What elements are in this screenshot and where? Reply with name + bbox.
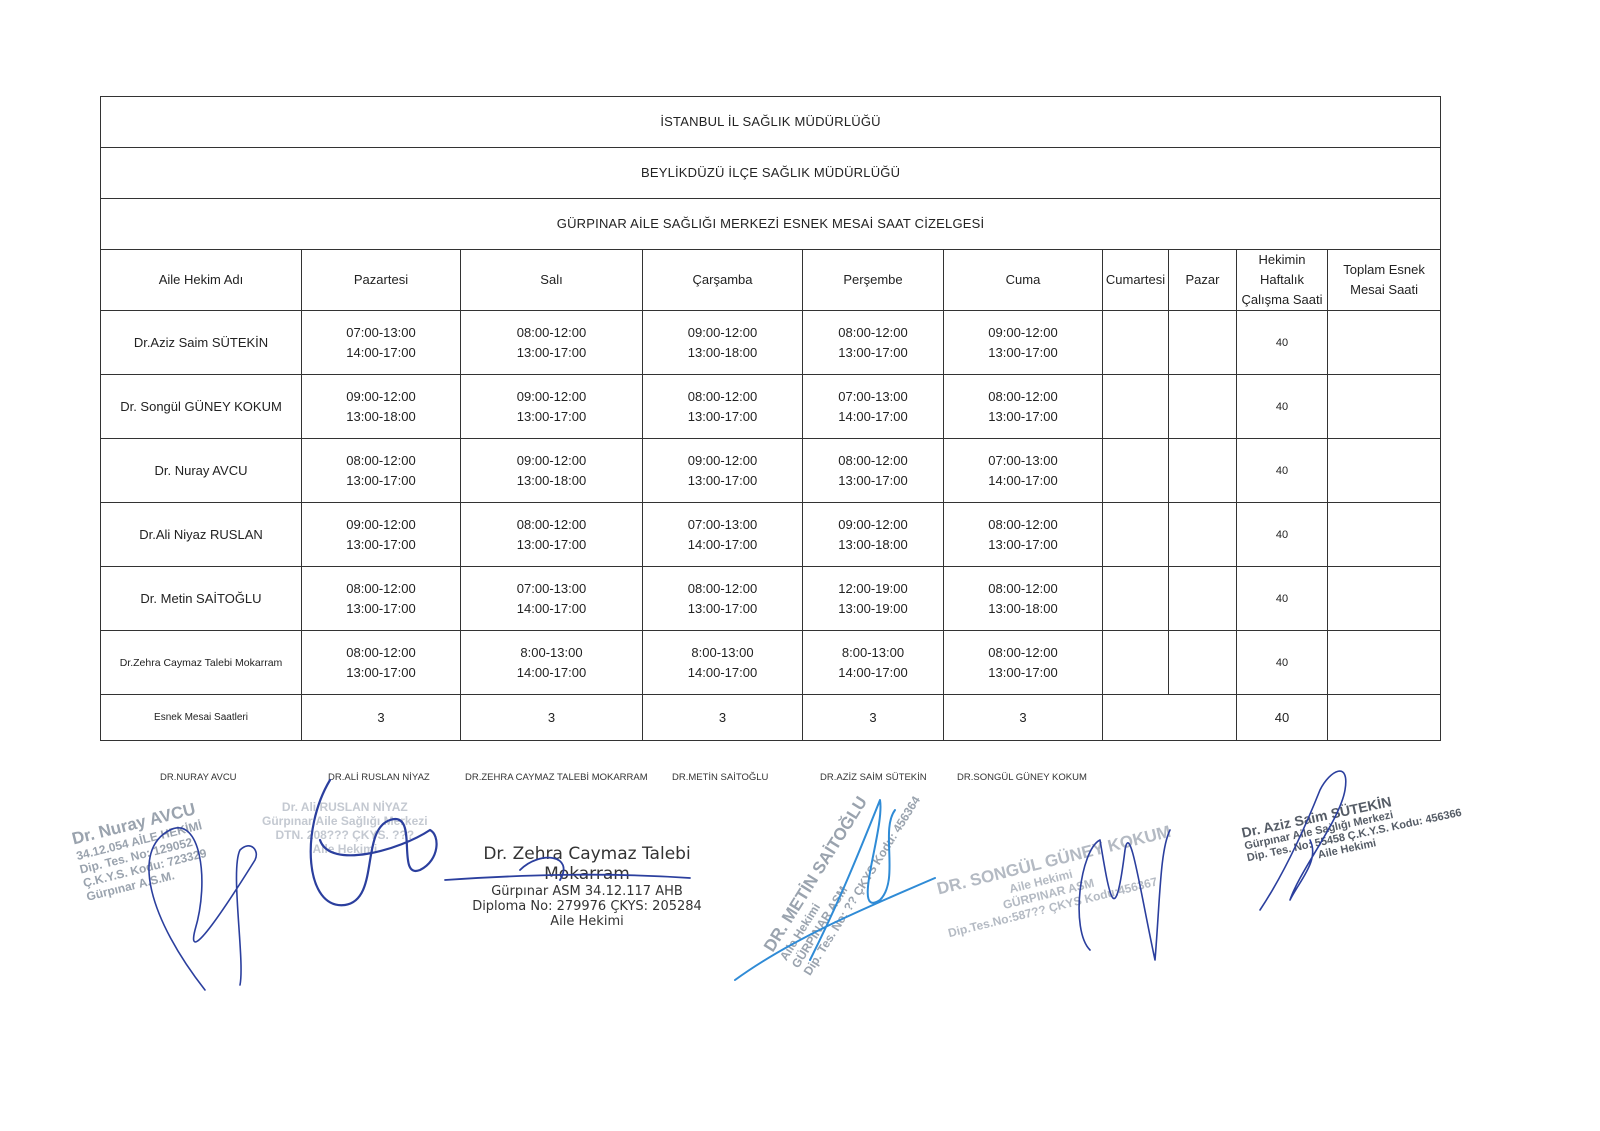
signature-label: DR.METİN SAİTOĞLU bbox=[672, 772, 768, 783]
time-slot: 09:00-12:00 bbox=[302, 387, 460, 407]
weekly-hours-cell: 40 bbox=[1237, 439, 1328, 503]
signature-label: DR.ZEHRA CAYMAZ TALEBİ MOKARRAM bbox=[465, 772, 648, 783]
time-slot: 13:00-17:00 bbox=[944, 343, 1102, 363]
time-slot: 13:00-17:00 bbox=[944, 535, 1102, 555]
header-weekly-hours: Hekimin Haftalık Çalışma Saati bbox=[1237, 250, 1328, 311]
sunday-cell bbox=[1169, 439, 1237, 503]
table-row: Dr.Ali Niyaz RUSLAN09:00-12:0013:00-17:0… bbox=[101, 503, 1441, 567]
district-title: BEYLİKDÜZÜ İLÇE SAĞLIK MÜDÜRLÜĞÜ bbox=[101, 148, 1441, 199]
title-row: İSTANBUL İL SAĞLIK MÜDÜRLÜĞÜ bbox=[101, 97, 1441, 148]
time-slot: 13:00-17:00 bbox=[803, 471, 943, 491]
totals-row: Esnek Mesai Saatleri 3 3 3 3 3 40 bbox=[101, 695, 1441, 741]
table-row: Dr. Nuray AVCU08:00-12:0013:00-17:0009:0… bbox=[101, 439, 1441, 503]
time-slot: 8:00-13:00 bbox=[461, 643, 642, 663]
time-slot: 13:00-17:00 bbox=[461, 343, 642, 363]
schedule-cell-fri: 09:00-12:0013:00-17:00 bbox=[944, 311, 1103, 375]
flex-hours-cell bbox=[1328, 503, 1441, 567]
schedule-cell-fri: 07:00-13:0014:00-17:00 bbox=[944, 439, 1103, 503]
totals-thursday: 3 bbox=[803, 695, 944, 741]
time-slot: 07:00-13:00 bbox=[643, 515, 802, 535]
sunday-cell bbox=[1169, 375, 1237, 439]
header-flex-hours: Toplam Esnek Mesai Saati bbox=[1328, 250, 1441, 311]
header-name: Aile Hekim Adı bbox=[101, 250, 302, 311]
flex-hours-cell bbox=[1328, 311, 1441, 375]
table-row: Dr.Aziz Saim SÜTEKİN07:00-13:0014:00-17:… bbox=[101, 311, 1441, 375]
time-slot: 08:00-12:00 bbox=[643, 579, 802, 599]
stamp-nuray-avcu: Dr. Nuray AVCU 34.12.054 AİLE HEKİMİ Dip… bbox=[70, 799, 214, 904]
schedule-cell-mon: 08:00-12:0013:00-17:00 bbox=[302, 631, 461, 695]
time-slot: 13:00-18:00 bbox=[461, 471, 642, 491]
time-slot: 13:00-17:00 bbox=[643, 471, 802, 491]
time-slot: 09:00-12:00 bbox=[803, 515, 943, 535]
schedule-cell-tue: 09:00-12:0013:00-18:00 bbox=[461, 439, 643, 503]
schedule-cell-wed: 8:00-13:0014:00-17:00 bbox=[643, 631, 803, 695]
flex-hours-cell bbox=[1328, 375, 1441, 439]
totals-label: Esnek Mesai Saatleri bbox=[101, 695, 302, 741]
time-slot: 13:00-17:00 bbox=[302, 599, 460, 619]
time-slot: 13:00-17:00 bbox=[944, 663, 1102, 683]
schedule-cell-tue: 8:00-13:0014:00-17:00 bbox=[461, 631, 643, 695]
schedule-sheet: İSTANBUL İL SAĞLIK MÜDÜRLÜĞÜ BEYLİKDÜZÜ … bbox=[100, 96, 1440, 741]
signature-label: DR.NURAY AVCU bbox=[160, 772, 237, 783]
schedule-cell-mon: 07:00-13:0014:00-17:00 bbox=[302, 311, 461, 375]
doctor-name: Dr.Ali Niyaz RUSLAN bbox=[101, 503, 302, 567]
time-slot: 09:00-12:00 bbox=[461, 387, 642, 407]
totals-weekend bbox=[1103, 695, 1237, 741]
totals-friday: 3 bbox=[944, 695, 1103, 741]
flex-hours-cell bbox=[1328, 439, 1441, 503]
flex-hours-cell bbox=[1328, 631, 1441, 695]
time-slot: 08:00-12:00 bbox=[302, 579, 460, 599]
time-slot: 08:00-12:00 bbox=[944, 387, 1102, 407]
table-row: Dr. Metin SAİTOĞLU08:00-12:0013:00-17:00… bbox=[101, 567, 1441, 631]
weekly-hours-cell: 40 bbox=[1237, 567, 1328, 631]
weekly-hours-cell: 40 bbox=[1237, 631, 1328, 695]
signature-labels: DR.NURAY AVCU DR.ALİ RUSLAN NİYAZ DR.ZEH… bbox=[0, 772, 1600, 788]
time-slot: 14:00-17:00 bbox=[643, 663, 802, 683]
header-row: Aile Hekim Adı Pazartesi Salı Çarşamba P… bbox=[101, 250, 1441, 311]
province-title: İSTANBUL İL SAĞLIK MÜDÜRLÜĞÜ bbox=[101, 97, 1441, 148]
time-slot: 14:00-17:00 bbox=[803, 407, 943, 427]
totals-monday: 3 bbox=[302, 695, 461, 741]
time-slot: 14:00-17:00 bbox=[461, 599, 642, 619]
sunday-cell bbox=[1169, 631, 1237, 695]
weekly-hours-cell: 40 bbox=[1237, 503, 1328, 567]
schedule-cell-thu: 08:00-12:0013:00-17:00 bbox=[803, 311, 944, 375]
signature-label: DR.SONGÜL GÜNEY KOKUM bbox=[957, 772, 1087, 783]
schedule-title: GÜRPINAR AİLE SAĞLIĞI MERKEZİ ESNEK MESA… bbox=[101, 199, 1441, 250]
time-slot: 13:00-17:00 bbox=[803, 343, 943, 363]
time-slot: 07:00-13:00 bbox=[461, 579, 642, 599]
title-row: BEYLİKDÜZÜ İLÇE SAĞLIK MÜDÜRLÜĞÜ bbox=[101, 148, 1441, 199]
schedule-cell-fri: 08:00-12:0013:00-17:00 bbox=[944, 503, 1103, 567]
doctor-name: Dr. Nuray AVCU bbox=[101, 439, 302, 503]
time-slot: 13:00-18:00 bbox=[643, 343, 802, 363]
schedule-cell-wed: 08:00-12:0013:00-17:00 bbox=[643, 567, 803, 631]
schedule-cell-wed: 09:00-12:0013:00-18:00 bbox=[643, 311, 803, 375]
time-slot: 14:00-17:00 bbox=[944, 471, 1102, 491]
time-slot: 08:00-12:00 bbox=[803, 451, 943, 471]
schedule-cell-mon: 08:00-12:0013:00-17:00 bbox=[302, 567, 461, 631]
saturday-cell bbox=[1103, 311, 1169, 375]
time-slot: 13:00-18:00 bbox=[302, 407, 460, 427]
schedule-cell-thu: 09:00-12:0013:00-18:00 bbox=[803, 503, 944, 567]
saturday-cell bbox=[1103, 439, 1169, 503]
time-slot: 08:00-12:00 bbox=[461, 515, 642, 535]
saturday-cell bbox=[1103, 375, 1169, 439]
time-slot: 12:00-19:00 bbox=[803, 579, 943, 599]
saturday-cell bbox=[1103, 503, 1169, 567]
schedule-cell-thu: 12:00-19:0013:00-19:00 bbox=[803, 567, 944, 631]
table-row: Dr. Songül GÜNEY KOKUM09:00-12:0013:00-1… bbox=[101, 375, 1441, 439]
time-slot: 09:00-12:00 bbox=[302, 515, 460, 535]
time-slot: 13:00-17:00 bbox=[302, 535, 460, 555]
totals-weekly-hours: 40 bbox=[1237, 695, 1328, 741]
time-slot: 09:00-12:00 bbox=[461, 451, 642, 471]
header-thursday: Perşembe bbox=[803, 250, 944, 311]
time-slot: 14:00-17:00 bbox=[803, 663, 943, 683]
weekly-hours-cell: 40 bbox=[1237, 375, 1328, 439]
time-slot: 07:00-13:00 bbox=[944, 451, 1102, 471]
schedule-cell-thu: 07:00-13:0014:00-17:00 bbox=[803, 375, 944, 439]
header-saturday: Cumartesi bbox=[1103, 250, 1169, 311]
time-slot: 13:00-18:00 bbox=[803, 535, 943, 555]
time-slot: 08:00-12:00 bbox=[461, 323, 642, 343]
totals-tuesday: 3 bbox=[461, 695, 643, 741]
time-slot: 08:00-12:00 bbox=[944, 515, 1102, 535]
schedule-cell-tue: 07:00-13:0014:00-17:00 bbox=[461, 567, 643, 631]
time-slot: 8:00-13:00 bbox=[803, 643, 943, 663]
time-slot: 13:00-17:00 bbox=[461, 407, 642, 427]
time-slot: 09:00-12:00 bbox=[944, 323, 1102, 343]
stamp-songul-guney: DR. SONGÜL GÜNEY KOKUM Aile Hekimi GÜRPI… bbox=[935, 822, 1183, 940]
time-slot: 14:00-17:00 bbox=[461, 663, 642, 683]
doctor-name: Dr.Aziz Saim SÜTEKİN bbox=[101, 311, 302, 375]
saturday-cell bbox=[1103, 631, 1169, 695]
schedule-cell-wed: 09:00-12:0013:00-17:00 bbox=[643, 439, 803, 503]
stamp-ali-ruslan: Dr. Ali RUSLAN NİYAZ Gürpınar Aile Sağlı… bbox=[262, 800, 428, 856]
time-slot: 8:00-13:00 bbox=[643, 643, 802, 663]
time-slot: 08:00-12:00 bbox=[302, 451, 460, 471]
stamp-aziz-sutekin: Dr. Aziz Saim SÜTEKİN Gürpınar Aile Sağl… bbox=[1240, 779, 1465, 875]
schedule-cell-thu: 08:00-12:0013:00-17:00 bbox=[803, 439, 944, 503]
doctor-name: Dr. Metin SAİTOĞLU bbox=[101, 567, 302, 631]
time-slot: 08:00-12:00 bbox=[643, 387, 802, 407]
time-slot: 13:00-17:00 bbox=[643, 599, 802, 619]
time-slot: 08:00-12:00 bbox=[944, 579, 1102, 599]
schedule-cell-tue: 08:00-12:0013:00-17:00 bbox=[461, 311, 643, 375]
time-slot: 13:00-19:00 bbox=[803, 599, 943, 619]
schedule-cell-thu: 8:00-13:0014:00-17:00 bbox=[803, 631, 944, 695]
sunday-cell bbox=[1169, 311, 1237, 375]
schedule-cell-fri: 08:00-12:0013:00-18:00 bbox=[944, 567, 1103, 631]
time-slot: 08:00-12:00 bbox=[944, 643, 1102, 663]
schedule-cell-wed: 08:00-12:0013:00-17:00 bbox=[643, 375, 803, 439]
stamp-zehra-caymaz: Dr. Zehra Caymaz Talebi Mokarram Gürpına… bbox=[462, 844, 712, 929]
weekly-hours-cell: 40 bbox=[1237, 311, 1328, 375]
header-tuesday: Salı bbox=[461, 250, 643, 311]
time-slot: 07:00-13:00 bbox=[803, 387, 943, 407]
time-slot: 07:00-13:00 bbox=[302, 323, 460, 343]
doctor-name: Dr. Songül GÜNEY KOKUM bbox=[101, 375, 302, 439]
time-slot: 14:00-17:00 bbox=[643, 535, 802, 555]
header-friday: Cuma bbox=[944, 250, 1103, 311]
time-slot: 13:00-18:00 bbox=[944, 599, 1102, 619]
schedule-cell-mon: 09:00-12:0013:00-17:00 bbox=[302, 503, 461, 567]
header-sunday: Pazar bbox=[1169, 250, 1237, 311]
time-slot: 13:00-17:00 bbox=[302, 663, 460, 683]
schedule-cell-tue: 09:00-12:0013:00-17:00 bbox=[461, 375, 643, 439]
schedule-cell-wed: 07:00-13:0014:00-17:00 bbox=[643, 503, 803, 567]
schedule-cell-mon: 09:00-12:0013:00-18:00 bbox=[302, 375, 461, 439]
saturday-cell bbox=[1103, 567, 1169, 631]
stamp-metin-saitoglu: DR. METİN SAİTOĞLU Aile Hekimi GÜRPINAR … bbox=[760, 768, 923, 978]
title-row: GÜRPINAR AİLE SAĞLIĞI MERKEZİ ESNEK MESA… bbox=[101, 199, 1441, 250]
time-slot: 13:00-17:00 bbox=[302, 471, 460, 491]
header-wednesday: Çarşamba bbox=[643, 250, 803, 311]
time-slot: 13:00-17:00 bbox=[461, 535, 642, 555]
schedule-table: İSTANBUL İL SAĞLIK MÜDÜRLÜĞÜ BEYLİKDÜZÜ … bbox=[100, 96, 1441, 741]
totals-wednesday: 3 bbox=[643, 695, 803, 741]
time-slot: 08:00-12:00 bbox=[302, 643, 460, 663]
totals-flex-hours bbox=[1328, 695, 1441, 741]
time-slot: 14:00-17:00 bbox=[302, 343, 460, 363]
schedule-cell-fri: 08:00-12:0013:00-17:00 bbox=[944, 375, 1103, 439]
header-monday: Pazartesi bbox=[302, 250, 461, 311]
sunday-cell bbox=[1169, 503, 1237, 567]
doctor-name: Dr.Zehra Caymaz Talebi Mokarram bbox=[101, 631, 302, 695]
sunday-cell bbox=[1169, 567, 1237, 631]
schedule-cell-mon: 08:00-12:0013:00-17:00 bbox=[302, 439, 461, 503]
schedule-cell-fri: 08:00-12:0013:00-17:00 bbox=[944, 631, 1103, 695]
signature-label: DR.ALİ RUSLAN NİYAZ bbox=[328, 772, 430, 783]
time-slot: 13:00-17:00 bbox=[643, 407, 802, 427]
time-slot: 09:00-12:00 bbox=[643, 451, 802, 471]
time-slot: 13:00-17:00 bbox=[944, 407, 1102, 427]
flex-hours-cell bbox=[1328, 567, 1441, 631]
table-row: Dr.Zehra Caymaz Talebi Mokarram08:00-12:… bbox=[101, 631, 1441, 695]
time-slot: 08:00-12:00 bbox=[803, 323, 943, 343]
time-slot: 09:00-12:00 bbox=[643, 323, 802, 343]
schedule-cell-tue: 08:00-12:0013:00-17:00 bbox=[461, 503, 643, 567]
